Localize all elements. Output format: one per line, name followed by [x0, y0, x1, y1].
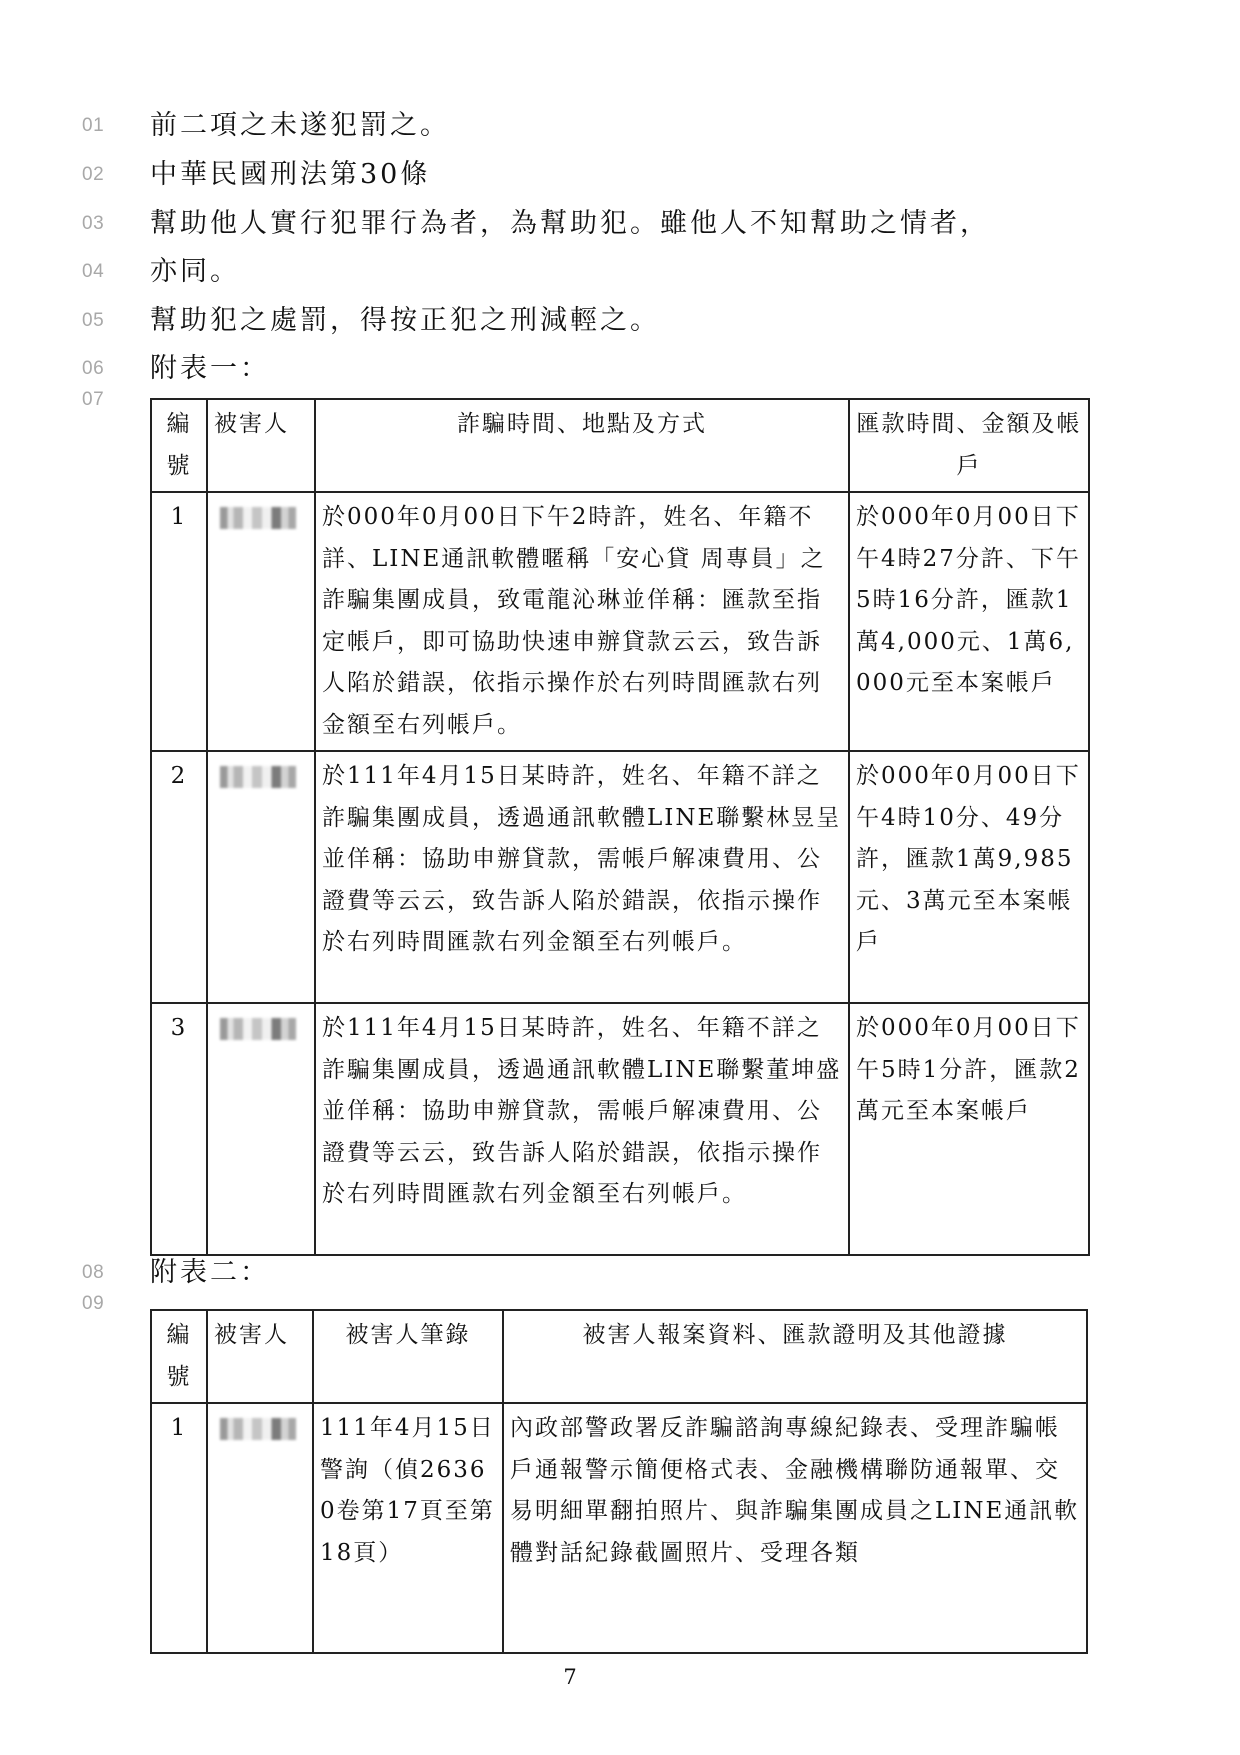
appendix-table-2: 編號 被害人 被害人筆錄 被害人報案資料、匯款證明及其他證據 1 111年4月1…	[150, 1309, 1088, 1654]
redacted-name	[220, 507, 296, 529]
redacted-name	[220, 1018, 296, 1040]
table-row: 1 111年4月15日警詢（偵26360卷第17頁至第18頁） 內政部警政署反詐…	[151, 1403, 1087, 1653]
row-number: 1	[151, 492, 207, 751]
paragraph: 前二項之未遂犯罰之。	[150, 110, 450, 142]
victim-cell	[207, 1403, 313, 1653]
line-number: 02	[82, 164, 122, 186]
transfer-cell: 於000年0月00日下午4時27分許、下午5時16分許，匯款1萬4,000元、1…	[849, 492, 1089, 751]
method-cell: 於111年4月15日某時許，姓名、年籍不詳之詐騙集團成員，透過通訊軟體LINE聯…	[315, 751, 849, 1003]
line-number: 03	[82, 213, 122, 235]
table2-title: 附表二：	[150, 1257, 270, 1289]
method-cell: 於111年4月15日某時許，姓名、年籍不詳之詐騙集團成員，透過通訊軟體LINE聯…	[315, 1003, 849, 1255]
line-number: 05	[82, 310, 122, 332]
table1-title: 附表一：	[150, 353, 270, 385]
row-number: 3	[151, 1003, 207, 1255]
header-cell: 被害人	[207, 1310, 313, 1403]
header-cell: 被害人筆錄	[313, 1310, 503, 1403]
line-number: 01	[82, 115, 122, 137]
paragraph: 幫助犯之處罰，得按正犯之刑減輕之。	[150, 305, 660, 337]
row-number: 1	[151, 1403, 207, 1653]
header-cell: 被害人	[207, 399, 315, 492]
header-cell: 被害人報案資料、匯款證明及其他證據	[503, 1310, 1087, 1403]
table-row: 3 於111年4月15日某時許，姓名、年籍不詳之詐騙集團成員，透過通訊軟體LIN…	[151, 1003, 1089, 1255]
header-cell: 編號	[151, 399, 207, 492]
evidence-cell: 內政部警政署反詐騙諮詢專線紀錄表、受理詐騙帳戶通報警示簡便格式表、金融機構聯防通…	[503, 1403, 1087, 1653]
row-number: 2	[151, 751, 207, 1003]
appendix-table-1: 編號 被害人 詐騙時間、地點及方式 匯款時間、金額及帳戶 1 於000年0月00…	[150, 398, 1090, 1256]
table-header-row: 編號 被害人 被害人筆錄 被害人報案資料、匯款證明及其他證據	[151, 1310, 1087, 1403]
statement-cell: 111年4月15日警詢（偵26360卷第17頁至第18頁）	[313, 1403, 503, 1653]
victim-cell	[207, 1003, 315, 1255]
header-cell: 編號	[151, 1310, 207, 1403]
victim-cell	[207, 751, 315, 1003]
transfer-cell: 於000年0月00日下午5時1分許，匯款2萬元至本案帳戶	[849, 1003, 1089, 1255]
transfer-cell: 於000年0月00日下午4時10分、49分許，匯款1萬9,985元、3萬元至本案…	[849, 751, 1089, 1003]
law-article-heading: 中華民國刑法第30條	[150, 159, 430, 191]
line-number: 04	[82, 261, 122, 283]
line-number: 07	[82, 389, 122, 411]
line-number: 09	[82, 1293, 122, 1315]
paragraph: 亦同。	[150, 256, 240, 288]
table-row: 1 於000年0月00日下午2時許，姓名、年籍不詳、LINE通訊軟體暱稱「安心貸…	[151, 492, 1089, 751]
line-number: 06	[82, 358, 122, 380]
table-header-row: 編號 被害人 詐騙時間、地點及方式 匯款時間、金額及帳戶	[151, 399, 1089, 492]
table-row: 2 於111年4月15日某時許，姓名、年籍不詳之詐騙集團成員，透過通訊軟體LIN…	[151, 751, 1089, 1003]
page-number: 7	[0, 1665, 1140, 1689]
line-number: 08	[82, 1262, 122, 1284]
header-cell: 匯款時間、金額及帳戶	[849, 399, 1089, 492]
header-cell: 詐騙時間、地點及方式	[315, 399, 849, 492]
method-cell: 於000年0月00日下午2時許，姓名、年籍不詳、LINE通訊軟體暱稱「安心貸 周…	[315, 492, 849, 751]
redacted-name	[220, 766, 296, 788]
redacted-name	[220, 1418, 296, 1440]
victim-cell	[207, 492, 315, 751]
paragraph: 幫助他人實行犯罪行為者，為幫助犯。雖他人不知幫助之情者，	[150, 208, 990, 240]
